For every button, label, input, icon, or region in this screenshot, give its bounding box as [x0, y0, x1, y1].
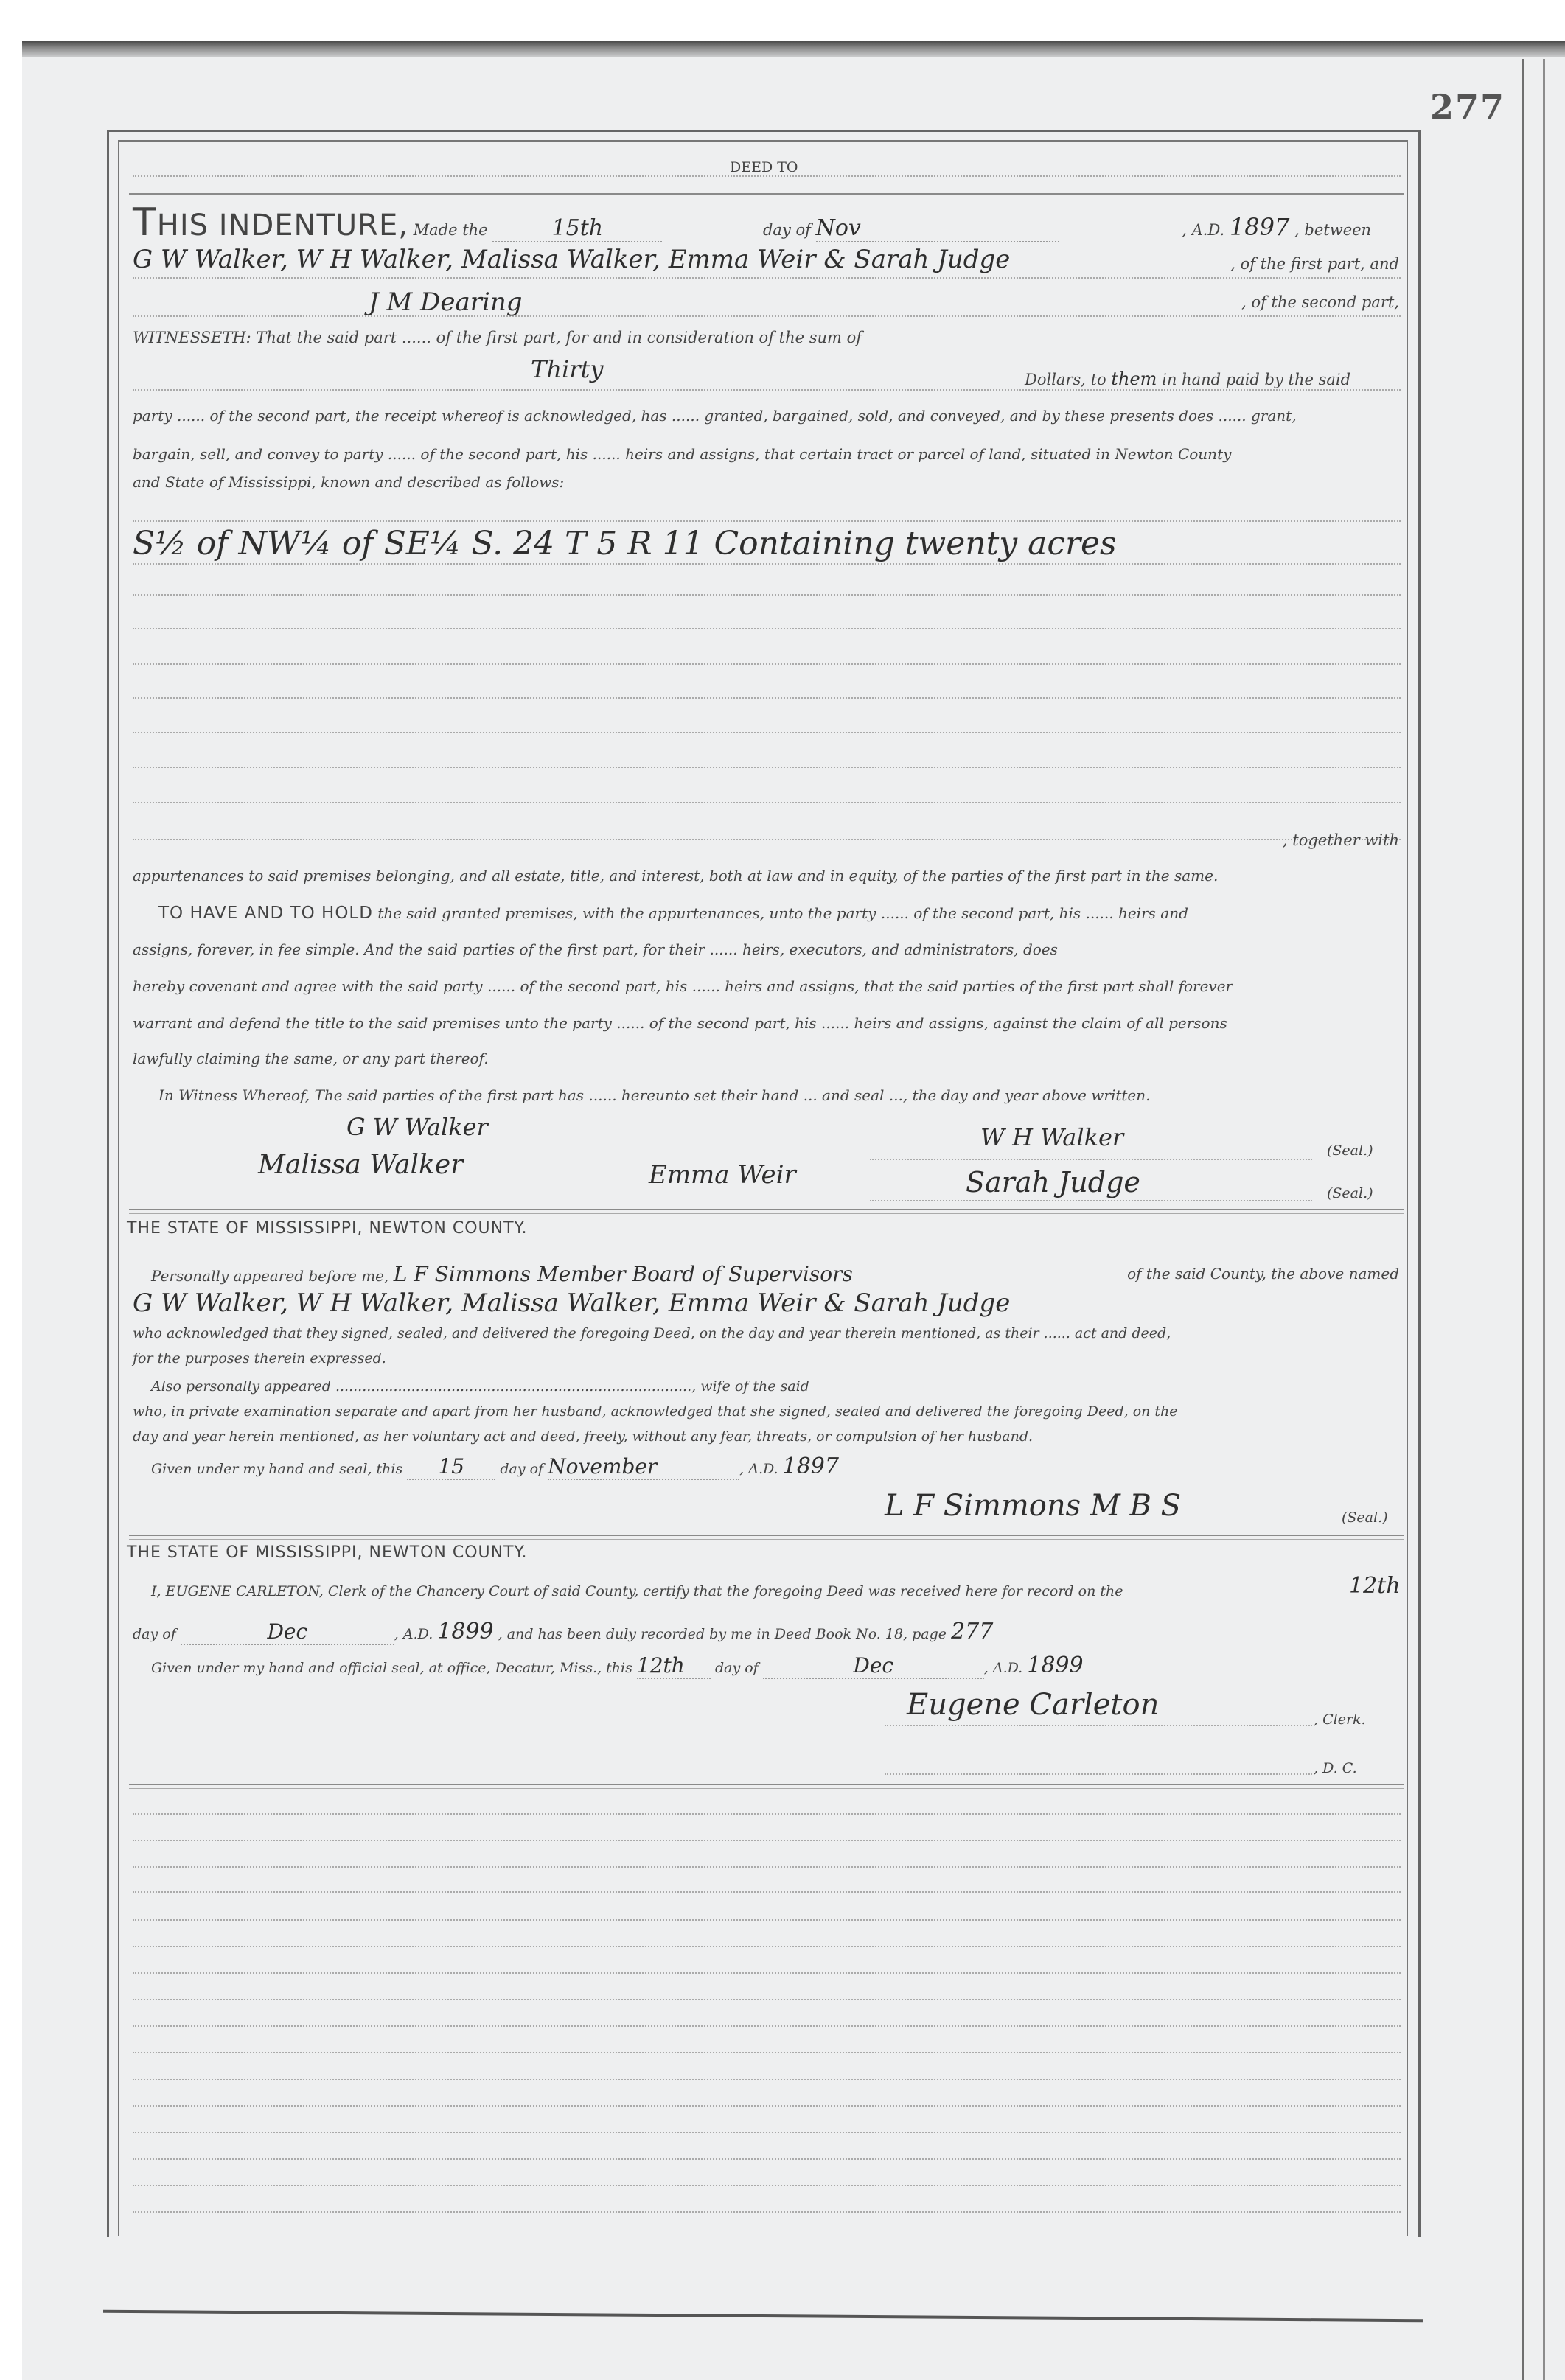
blank-rule	[133, 2185, 1401, 2186]
clerk-ad: , A.D.	[394, 1626, 433, 1642]
binding-rule	[1522, 59, 1524, 2380]
clerk-recorded-page: 277	[951, 1619, 993, 1644]
ack-also-line: Also personally appeared ...............…	[151, 1378, 809, 1395]
ack-state-heading: THE STATE OF MISSISSIPPI, NEWTON COUNTY.	[127, 1219, 528, 1238]
ack-seal: (Seal.)	[1342, 1510, 1388, 1526]
blank-rule	[133, 2158, 1401, 2160]
ack-given-line: Given under my hand and seal, this 15 da…	[151, 1454, 839, 1480]
indenture-line: THIS INDENTURE, Made the 15th day of Nov…	[133, 200, 1371, 245]
signature-wh-walker: W H Walker	[980, 1123, 1123, 1151]
blank-rule	[133, 1999, 1401, 2000]
convey-line: bargain, sell, and convey to party .....…	[133, 445, 1231, 463]
signature-emma-weir: Emma Weir	[649, 1160, 796, 1190]
page-number: 277	[1430, 87, 1505, 127]
blank-rule	[133, 1840, 1401, 1841]
section-divider	[129, 1209, 1404, 1214]
land-description: S½ of NW¼ of SE¼ S. 24 T 5 R 11 Containi…	[133, 525, 1117, 562]
made-year: 1897	[1230, 213, 1289, 241]
second-party-suffix: , of the second part,	[1241, 293, 1399, 311]
clerk-dayof: day of	[133, 1626, 176, 1642]
heading-rule	[133, 175, 1401, 177]
ack-private-line-2: day and year herein mentioned, as her vo…	[133, 1428, 1033, 1445]
rule	[133, 563, 1401, 565]
lawfully-line: lawfully claiming the same, or any part …	[133, 1050, 489, 1067]
binding-rule-outer	[1543, 59, 1545, 2380]
ack-prefix: Personally appeared before me,	[151, 1267, 388, 1285]
clerk-state-heading: THE STATE OF MISSISSIPPI, NEWTON COUNTY.	[127, 1543, 528, 1562]
clerk-given-prefix: Given under my hand and official seal, a…	[151, 1660, 632, 1676]
signature-rule	[885, 1773, 1312, 1775]
described-line: and State of Mississippi, known and desc…	[133, 473, 564, 491]
blank-rule	[133, 2132, 1401, 2133]
consideration-amount: Thirty	[531, 355, 603, 383]
clerk-certify-line: I, EUGENE CARLETON, Clerk of the Chancer…	[151, 1583, 1123, 1599]
covenant-line: hereby covenant and agree with the said …	[133, 977, 1233, 995]
warrant-line: warrant and defend the title to the said…	[133, 1014, 1227, 1032]
day-of-label: day of	[763, 221, 811, 239]
paid-to: them	[1111, 369, 1157, 389]
section-divider	[129, 1784, 1404, 1789]
indenture-title: HIS INDENTURE,	[157, 209, 408, 242]
ack-ad: , A.D.	[739, 1461, 778, 1477]
paid-by-label: in hand paid by the said	[1162, 371, 1350, 388]
blank-rule	[133, 2052, 1401, 2053]
rule	[133, 389, 1401, 391]
witness-whereof-line: In Witness Whereof, The said parties of …	[158, 1086, 1151, 1104]
blank-rule	[133, 2105, 1401, 2107]
ack-officer-signature: L F Simmons M B S	[885, 1489, 1181, 1523]
between-label: , between	[1294, 221, 1371, 239]
rule	[133, 520, 1401, 522]
clerk-received-day: 12th	[1349, 1573, 1401, 1599]
signature-gw-walker: G W Walker	[346, 1113, 488, 1141]
blank-rule	[133, 2211, 1401, 2213]
rule	[133, 594, 1401, 596]
clerk-given-line: Given under my hand and official seal, a…	[151, 1653, 1084, 1679]
made-the-label: Made the	[414, 221, 488, 239]
rule	[133, 628, 1401, 629]
section-divider	[129, 1535, 1404, 1540]
rule	[133, 839, 1401, 840]
together-with: , together with	[1283, 831, 1399, 849]
clerk-given-dayof: day of	[715, 1660, 759, 1676]
seal-1: (Seal.)	[1327, 1142, 1373, 1159]
fee-simple-line: assigns, forever, in fee simple. And the…	[133, 941, 1058, 958]
clerk-given-day: 12th	[637, 1653, 711, 1679]
first-party-names: G W Walker, W H Walker, Malissa Walker, …	[133, 245, 1010, 274]
receipt-line: party ...... of the second part, the rec…	[133, 407, 1297, 425]
ack-acknowledged-line: who acknowledged that they signed, seale…	[133, 1325, 1171, 1341]
ack-given-prefix: Given under my hand and seal, this	[151, 1461, 402, 1477]
rule	[133, 697, 1401, 699]
ack-officer: L F Simmons Member Board of Supervisors	[394, 1262, 853, 1286]
signature-rule	[870, 1159, 1312, 1160]
made-month: Nov	[816, 215, 1059, 242]
blank-rule	[133, 1891, 1401, 1893]
signature-malissa-walker: Malissa Walker	[258, 1150, 463, 1180]
first-party-suffix: , of the first part, and	[1230, 255, 1399, 273]
signature-sarah-judge: Sarah Judge	[966, 1166, 1140, 1198]
rule	[133, 802, 1401, 803]
clerk-given-ad: , A.D.	[984, 1660, 1022, 1676]
witnesseth-line: WITNESSETH: That the said part ...... of…	[133, 329, 862, 346]
rule	[133, 277, 1401, 279]
clerk-received-month: Dec	[181, 1619, 394, 1645]
blank-rule	[133, 2025, 1401, 2027]
dollars-label: Dollars, to	[1025, 371, 1106, 388]
ack-appeared-line: Personally appeared before me, L F Simmo…	[151, 1262, 853, 1286]
clerk-label: , Clerk.	[1314, 1711, 1366, 1728]
heading-double-rule	[129, 193, 1404, 198]
ack-private-line-1: who, in private examination separate and…	[133, 1403, 1178, 1420]
to-have-text: the said granted premises, with the appu…	[377, 904, 1188, 922]
appurtenances-line: appurtenances to said premises belonging…	[133, 867, 1218, 884]
ad-label: , A.D.	[1182, 221, 1224, 239]
ack-dayof: day of	[500, 1461, 543, 1477]
ack-given-year: 1897	[783, 1454, 839, 1479]
ack-given-month: November	[548, 1454, 739, 1480]
blank-rule	[133, 1919, 1401, 1921]
clerk-received-year: 1899	[437, 1619, 493, 1644]
rule	[133, 663, 1401, 665]
blank-rule	[133, 2079, 1401, 2080]
indenture-title-initial: T	[133, 200, 157, 245]
clerk-recorded-line: day of Dec, A.D. 1899 , and has been dul…	[133, 1619, 993, 1645]
clerk-signature: Eugene Carleton	[907, 1688, 1159, 1722]
blank-rule	[133, 1866, 1401, 1868]
dollars-line: Dollars, to them in hand paid by the sai…	[1025, 369, 1350, 389]
clerk-given-month: Dec	[763, 1653, 984, 1679]
rule	[133, 767, 1401, 768]
rule	[133, 315, 1401, 317]
signature-rule	[870, 1200, 1312, 1201]
blank-rule	[133, 1972, 1401, 1974]
ack-suffix: of the said County, the above named	[1127, 1265, 1399, 1283]
clerk-given-year: 1899	[1027, 1653, 1083, 1678]
to-have-caps: TO HAVE AND TO HOLD	[158, 904, 373, 923]
signature-rule	[885, 1725, 1312, 1726]
page-top-edge	[22, 41, 1565, 57]
rule	[133, 732, 1401, 733]
second-party-name: J M Dearing	[369, 287, 523, 317]
ack-given-day: 15	[407, 1454, 495, 1480]
dc-label: , D. C.	[1314, 1760, 1357, 1776]
blank-rule	[133, 1946, 1401, 1947]
seal-2: (Seal.)	[1327, 1185, 1373, 1201]
blank-rule	[133, 1813, 1401, 1815]
clerk-recorded-text: , and has been duly recorded by me in De…	[498, 1626, 947, 1642]
deed-heading: DEED TO	[730, 159, 798, 175]
ack-names: G W Walker, W H Walker, Malissa Walker, …	[133, 1288, 1010, 1318]
to-have-line: TO HAVE AND TO HOLD the said granted pre…	[158, 904, 1188, 923]
made-day: 15th	[492, 215, 662, 242]
ack-purposes-line: for the purposes therein expressed.	[133, 1350, 386, 1367]
